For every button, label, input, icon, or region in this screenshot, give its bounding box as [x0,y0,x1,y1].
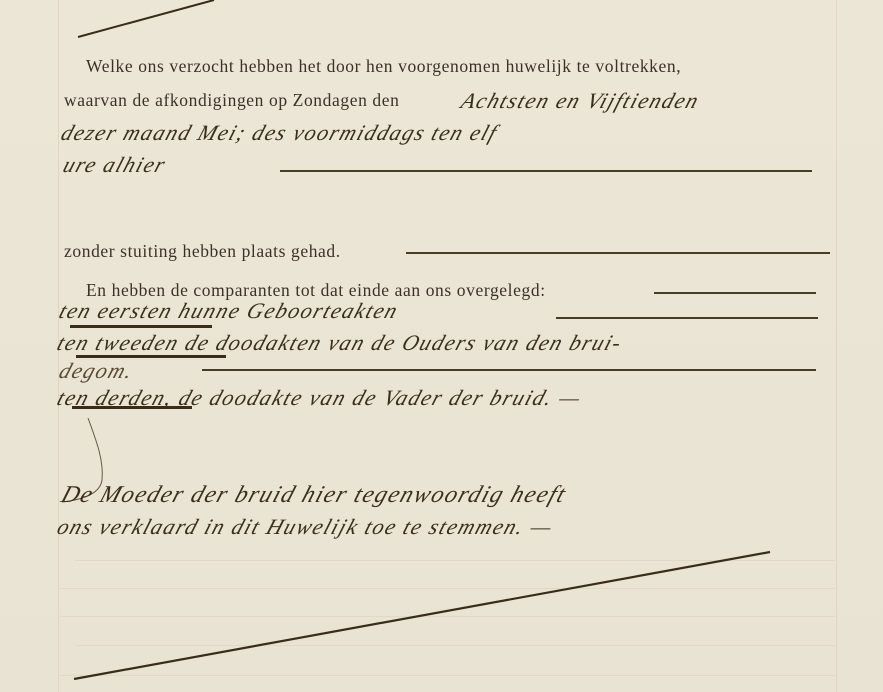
underline [70,325,212,328]
handwritten-note-a: De Moeder der bruid hier tegenwoordig he… [58,482,570,509]
handwritten-item-2b: degom. [56,358,138,384]
printed-line-2: waarvan de afkondigingen op Zondagen den [64,90,400,111]
handwritten-item-2a: ten tweeden de doodakten van de Ouders v… [54,330,626,356]
handwritten-item-1: ten eersten hunne Geboorteakten [56,298,402,324]
bottom-cancel-stroke [74,552,770,679]
handwritten-dates-a: Achtsten en Vijftienden [458,88,703,114]
fill-line [406,252,830,254]
handwritten-note-b: ons verklaard in dit Huwelijk toe te ste… [54,514,557,540]
printed-line-1: Welke ons verzocht hebben het door hen v… [86,56,681,77]
printed-line-3: zonder stuiting hebben plaats gehad. [64,241,341,262]
fill-line [556,317,818,319]
underline [72,406,192,409]
fill-line [280,170,812,172]
handwritten-dates-b: dezer maand Mei; des voormiddags ten elf [58,120,502,146]
fill-line [654,292,816,294]
document-page: Welke ons verzocht hebben het door hen v… [0,0,883,692]
handwritten-dates-c: ure alhier [60,152,170,178]
top-cancel-stroke [78,0,214,37]
fill-line [202,369,816,371]
